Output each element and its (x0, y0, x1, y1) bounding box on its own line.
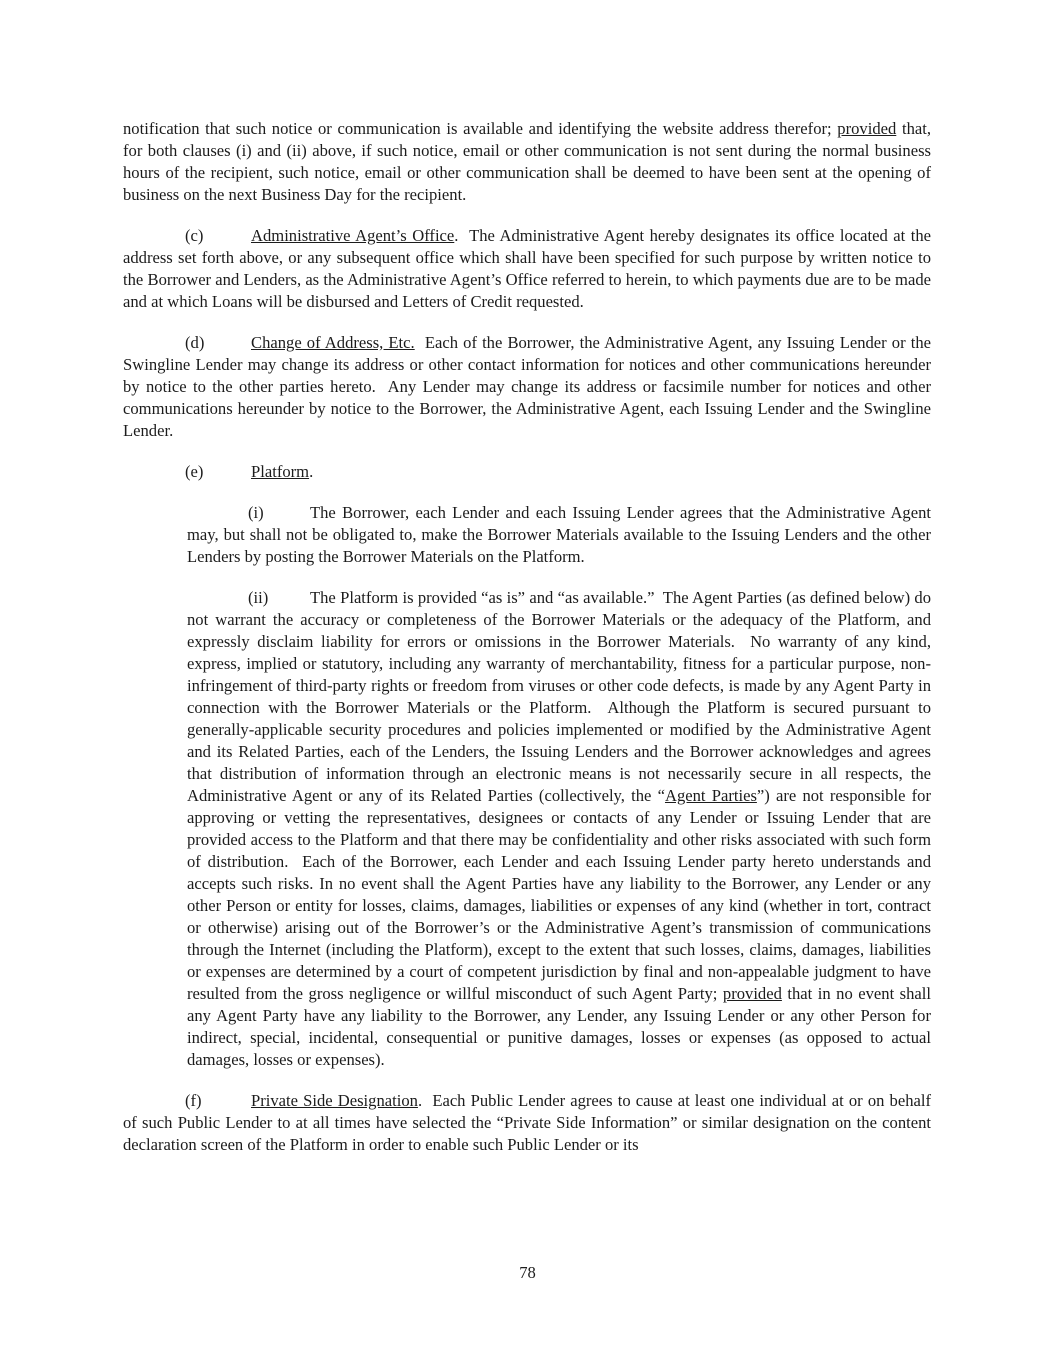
underlined-text: Platform (251, 462, 309, 481)
underlined-text: provided (723, 984, 782, 1003)
text-run: . (309, 462, 313, 481)
paragraph-label: (c) (185, 225, 251, 247)
text-run: The Platform is provided “as is” and “as… (187, 588, 931, 805)
underlined-text: Change of Address, Etc. (251, 333, 415, 352)
paragraph-label: (i) (248, 502, 310, 524)
document-body: notification that such notice or communi… (123, 118, 931, 1175)
text-run: ”) are not responsible for approving or … (187, 786, 931, 1003)
page-number: 78 (0, 1262, 1055, 1284)
paragraph: (c)Administrative Agent’s Office. The Ad… (123, 225, 931, 313)
underlined-text: Private Side Designation (251, 1091, 418, 1110)
underlined-text: Administrative Agent’s Office (251, 226, 454, 245)
paragraph: (i)The Borrower, each Lender and each Is… (187, 502, 931, 568)
paragraph-label: (d) (185, 332, 251, 354)
paragraph-label: (f) (185, 1090, 251, 1112)
paragraph: (d)Change of Address, Etc. Each of the B… (123, 332, 931, 442)
underlined-text: Agent Parties (665, 786, 757, 805)
paragraph: notification that such notice or communi… (123, 118, 931, 206)
paragraph-label: (ii) (248, 587, 310, 609)
underlined-text: provided (837, 119, 896, 138)
paragraph: (ii)The Platform is provided “as is” and… (187, 587, 931, 1071)
text-run: notification that such notice or communi… (123, 119, 837, 138)
paragraph: (e)Platform. (123, 461, 931, 483)
document-page: notification that such notice or communi… (0, 0, 1055, 1365)
paragraph: (f)Private Side Designation. Each Public… (123, 1090, 931, 1156)
paragraph-label: (e) (185, 461, 251, 483)
